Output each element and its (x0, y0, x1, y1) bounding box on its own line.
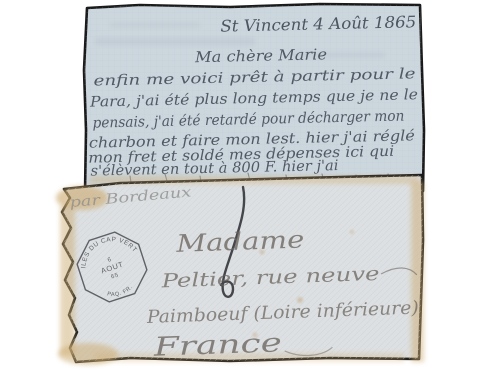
fox-spot (350, 230, 354, 234)
letter-sheet: St Vincent 4 Août 1865 Ma chère Marie en… (84, 4, 424, 193)
ink-showthrough-smudge (110, 22, 200, 28)
address-line: Madame (175, 225, 305, 257)
envelope-cover: par Bordeaux ILES DU CAP VERT 6 AOUT 65 … (56, 175, 424, 365)
ink-showthrough-smudge (95, 38, 255, 45)
address-line: France (152, 328, 282, 362)
letter-salutation: Ma chère Marie (194, 45, 328, 66)
scene-canvas: St Vincent 4 Août 1865 Ma chère Marie en… (0, 0, 500, 375)
photo-of-1865-letter-and-cover: St Vincent 4 Août 1865 Ma chère Marie en… (0, 0, 500, 375)
aging-stain (60, 205, 75, 355)
aging-stain (90, 176, 420, 184)
